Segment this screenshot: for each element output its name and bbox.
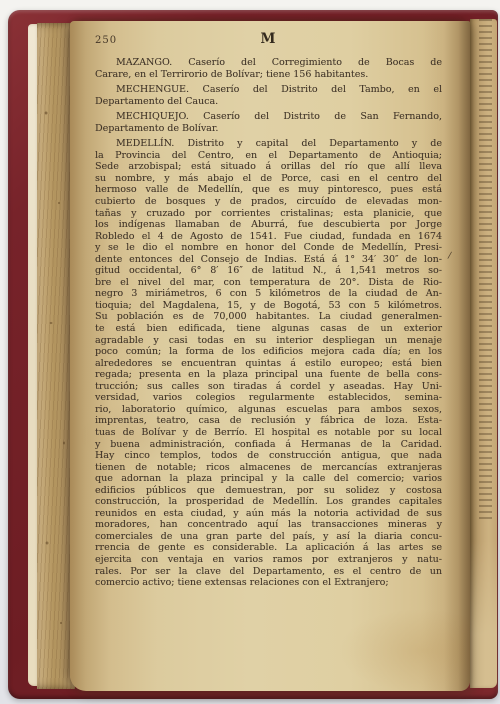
text-line: Robledo el 4 de Agosto de 1541. Fue ciud… xyxy=(95,231,442,243)
text-line: tañas y cruzado por corrientes cristalin… xyxy=(95,208,442,220)
text-line: imprentas, teatro, casa de reclusión y f… xyxy=(95,415,442,427)
text-line: Su población es de 70,000 habitantes. La… xyxy=(95,311,442,323)
text-line: tioquia; del Magdalena, 15, y de Bogotá,… xyxy=(95,300,442,312)
text-line: y buena administración, confiada á Herma… xyxy=(95,439,442,451)
text-line: bre el nivel del mar, con temperatura de… xyxy=(95,277,442,289)
text-line: comercio activo; tiene extensas relacion… xyxy=(95,577,442,589)
text-line: y se le dio el nombre en honor del Conde… xyxy=(95,242,442,254)
text-line: Hay cinco templos, todos de construcción… xyxy=(95,450,442,462)
text-line: regada; presenta en la plaza principal u… xyxy=(95,369,442,381)
text-line: Departamento del Cauca. xyxy=(95,96,442,108)
text-line: que adornan la plaza principal y la call… xyxy=(95,473,442,485)
entry-mechiquejo: MECHIQUEJO. Caserío del Distrito de San … xyxy=(95,111,442,134)
entry-mazango: MAZANGO. Caserío del Corregimiento de Bo… xyxy=(95,57,442,80)
text-line: MECHENGUE. Caserío del Distrito del Tamb… xyxy=(95,84,442,96)
text-line: ejercita con ventaja en varios ramos por… xyxy=(95,554,442,566)
text-line: alrededores se encuentran quintas á esti… xyxy=(95,358,442,370)
book-page: 250 M MAZANGO. Caserío del Corregimiento… xyxy=(70,21,470,691)
text-line: reunidos en esta ciudad, y aún más la no… xyxy=(95,508,442,520)
text-line: agradable y casi todas en su interior de… xyxy=(95,335,442,347)
photo-backdrop: 250 M MAZANGO. Caserío del Corregimiento… xyxy=(0,0,500,704)
text-line: rio, laboratorio químico, algunas escuel… xyxy=(95,404,442,416)
page-header: 250 M xyxy=(95,31,442,47)
text-line: hermoso valle de Medellín, que es muy pi… xyxy=(95,184,442,196)
text-line: construcción, la prosperidad de Medellín… xyxy=(95,496,442,508)
text-line: te está bien edificada, tiene algunas ca… xyxy=(95,323,442,335)
text-line: Departamento de Bolívar. xyxy=(95,123,442,135)
text-line: negro 3 miriámetros, 6 con 5 kilómetros … xyxy=(95,288,442,300)
text-line: comerciales de una gran parte del país, … xyxy=(95,531,442,543)
text-line: su nombre, y más abajo el de Porce, casi… xyxy=(95,173,442,185)
text-line: dente entonces del Consejo de Indias. Es… xyxy=(95,254,442,266)
entry-medellin: MEDELLÍN. Distrito y capital del Departa… xyxy=(95,138,442,588)
text-line: rales. Por ser la clave del Departamento… xyxy=(95,566,442,578)
text-line: cubierto de bosques y de prados, circuíd… xyxy=(95,196,442,208)
text-line: tienen de notable; ricos almacenes de me… xyxy=(95,462,442,474)
text-line: MECHIQUEJO. Caserío del Distrito de San … xyxy=(95,111,442,123)
text-line: MAZANGO. Caserío del Corregimiento de Bo… xyxy=(95,57,442,69)
text-line: versidad, varios colegios regularmente e… xyxy=(95,392,442,404)
page-content: 250 M MAZANGO. Caserío del Corregimiento… xyxy=(95,31,442,683)
text-line: tuas de Bolívar y de Berrío. El hospital… xyxy=(95,427,442,439)
header-letter: M xyxy=(261,31,277,47)
text-line: Carare, en el Terrirorio de Bolívar; tie… xyxy=(95,69,442,81)
text-line: edificios públicos que demuestran, por s… xyxy=(95,485,442,497)
entries: MAZANGO. Caserío del Corregimiento de Bo… xyxy=(95,57,442,589)
text-line: los indígenas llamaban de Aburrá, fue de… xyxy=(95,219,442,231)
entry-mechengue: MECHENGUE. Caserío del Distrito del Tamb… xyxy=(95,84,442,107)
text-line: gitud occidental, 6° 8′ 16″ de latitud N… xyxy=(95,265,442,277)
text-line: poco común; la forma de los edificios me… xyxy=(95,346,442,358)
text-line: Sede arzobispal; está situado á orillas … xyxy=(95,161,442,173)
next-page-edge xyxy=(470,19,497,688)
text-line: trucción; sus calles son tiradas á corde… xyxy=(95,381,442,393)
page-number: 250 xyxy=(95,35,117,46)
page-curl-shadow xyxy=(444,21,470,691)
text-line: rrencia de gente es considerable. La apl… xyxy=(95,542,442,554)
text-line: MEDELLÍN. Distrito y capital del Departa… xyxy=(95,138,442,150)
text-line: la Provincia del Centro, en el Departame… xyxy=(95,150,442,162)
text-line: moradores, han concentrado aquí las tran… xyxy=(95,519,442,531)
